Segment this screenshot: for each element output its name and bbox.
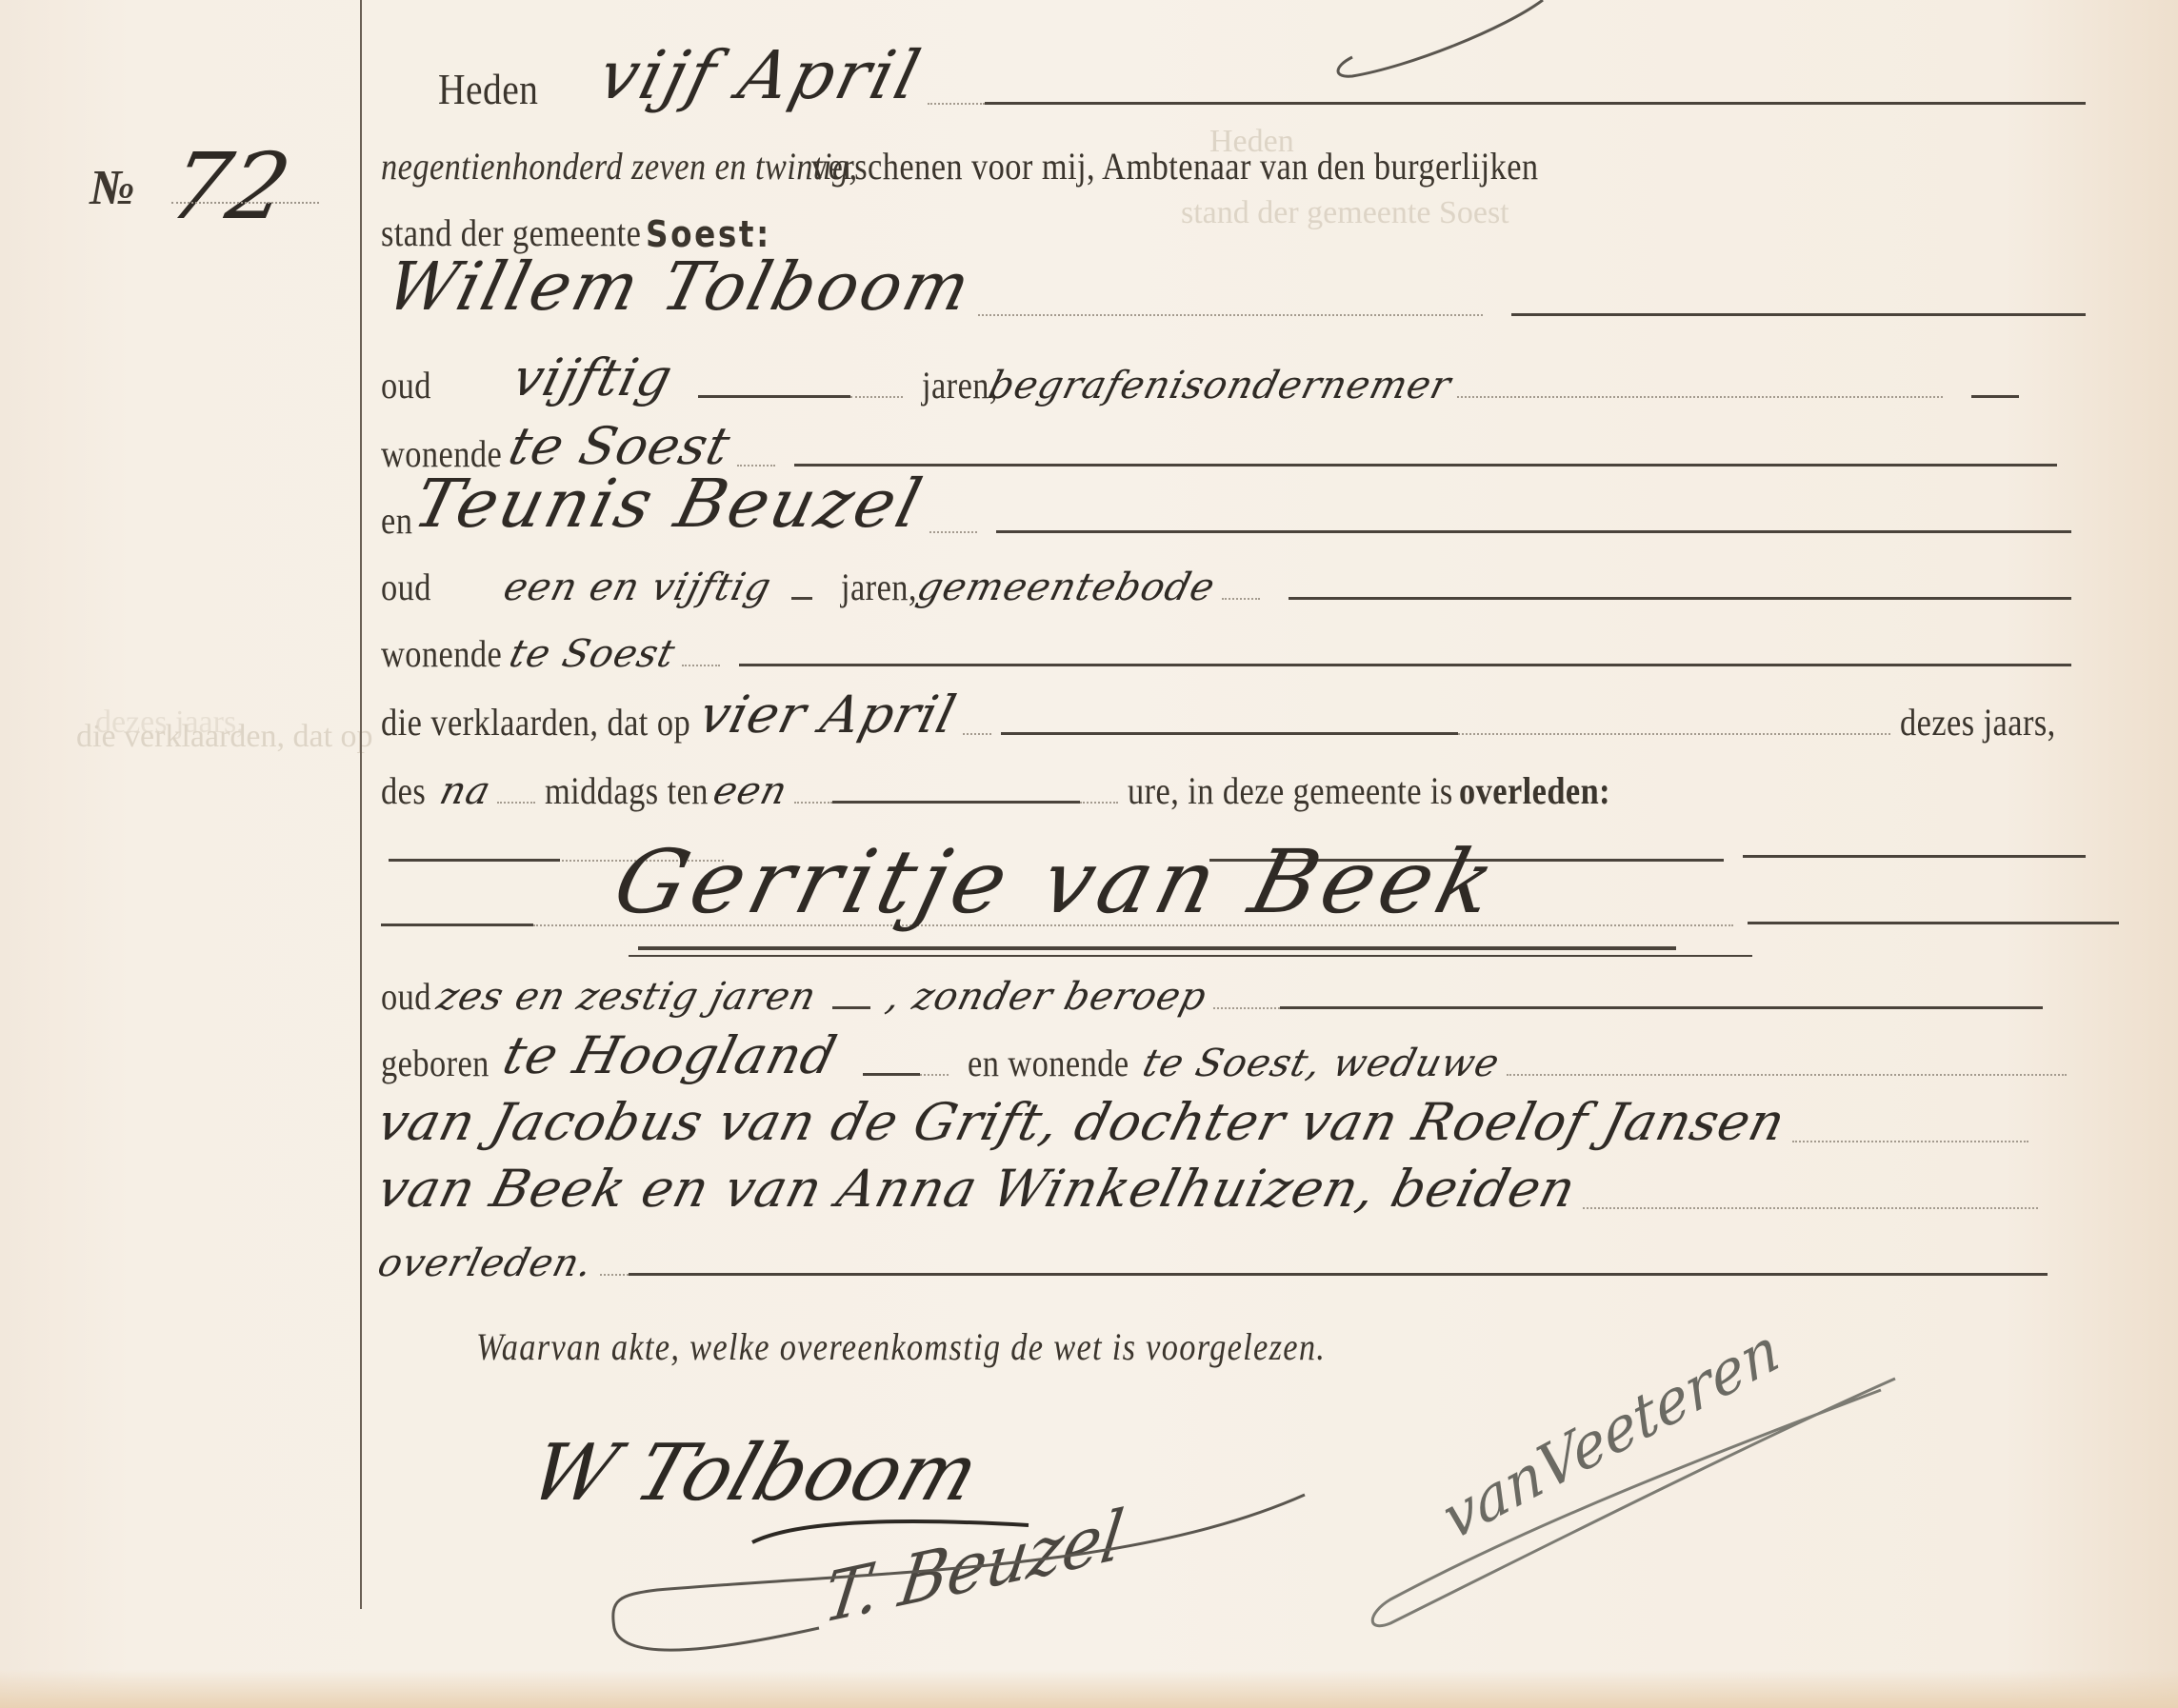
rule [381,924,533,926]
line-deceased-age: oud zes en zestig jaren , zonder beroep [381,962,2043,1019]
deceased-age: zes en zestig jaren [425,975,829,1019]
declarant2-residence: te Soest [497,632,688,676]
rule [1743,855,2086,858]
rule [389,859,560,862]
record-number: 72 [160,133,299,240]
declarant2-age: een en vijftig [491,566,784,609]
declarant1-name: Willem Tolboom [371,248,989,326]
record-number-dots [171,202,319,204]
margin-rule [360,0,362,1609]
label-died-in-municipality: ure, in deze gemeente is [1128,768,1453,813]
line-time-of-death: des na middags ten een ure, in deze geme… [381,756,2062,813]
birthplace: te Hoogland [490,1025,850,1085]
value-date-of-act: vijf April [583,36,937,114]
signature-flourish [600,1485,1324,1676]
bleed-through-text: stand der gemeente Soest [1181,195,1509,231]
deceased-occupation: , zonder beroep [874,975,1219,1019]
declarant1-age: vijftig [499,348,687,407]
line-declarant1-age: oud vijftig jaren, begrafenisondernemer [381,350,2019,407]
bleed-through-text: dezes jaars, [95,705,245,741]
line-declarant1-name: Willem Tolboom [381,268,2086,326]
label-des: des [381,768,426,813]
label-wonende: wonende [381,631,502,676]
line-deceased-birth: geboren te Hoogland en wonende te Soest,… [381,1028,2067,1085]
underline [638,946,1676,950]
time-hour: een [702,769,801,813]
label-middags: middags ten [545,768,709,813]
label-this-year: dezes jaars, [1900,700,2056,745]
remarks-1: van Jacobus van de Grift, dochter van Ro… [364,1092,1799,1152]
label-en-wonende: en wonende [968,1041,1129,1085]
label-geboren: geboren [381,1041,490,1085]
line-declarant2-residence: wonende te Soest [381,619,2071,676]
line-stand: stand der gemeente Soest: [381,198,791,255]
time-part: na [428,769,503,813]
label-oud: oud [381,565,431,609]
line-remarks-3: overleden. [371,1228,2048,1285]
rule [1748,922,2119,924]
line-date-of-death: die verklaarden, dat op vier April dezes… [381,687,2062,745]
underline [629,955,1752,957]
remarks-3: overleden. [366,1241,605,1285]
line-heden: Heden vijf April [438,57,2086,114]
label-oud: oud [381,974,431,1019]
label-overleden: overleden: [1459,768,1610,813]
heden-flourish [1333,0,1562,86]
declarant1-occupation: begrafenisondernemer [976,364,1463,407]
declarant2-name: Teunis Beuzel [399,465,940,543]
label-jaren: jaren, [841,565,917,609]
line-remarks-2: van Beek en van Anna Winkelhuizen, beide… [371,1162,2038,1219]
line-declarant2-age: oud een en vijftig jaren, gemeentebode [381,552,2071,609]
year-text: negentienhonderd zeven en twintig, [381,144,858,189]
record-number-label: № [90,160,135,216]
deceased-residence: te Soest, weduwe [1130,1042,1511,1085]
label-declared: die verklaarden, dat op [381,700,690,745]
appeared-text: verschenen voor mij, Ambtenaar van den b… [811,144,1539,189]
closing-text: Waarvan akte, welke overeenkomstig de we… [476,1324,1326,1369]
page-edge-shadow [0,1670,2178,1708]
declarant2-occupation: gemeentebode [905,566,1228,609]
registrar-flourish [1362,1371,1905,1638]
line-year: negentienhonderd zeven en twintig, versc… [381,131,2067,189]
line-declarant2-name: en Teunis Beuzel [381,486,2071,543]
line-deceased-name: Gerritje van Beek [609,847,1505,933]
label-oud: oud [381,363,431,407]
remarks-2: van Beek en van Anna Winkelhuizen, beide… [364,1159,1589,1219]
date-of-death: vier April [686,685,969,745]
deceased-name: Gerritje van Beek [597,831,1518,933]
line-remarks-1: van Jacobus van de Grift, dochter van Ro… [371,1095,2028,1152]
label-heden: Heden [438,64,538,114]
line-closing: Waarvan akte, welke overeenkomstig de we… [476,1312,1464,1369]
